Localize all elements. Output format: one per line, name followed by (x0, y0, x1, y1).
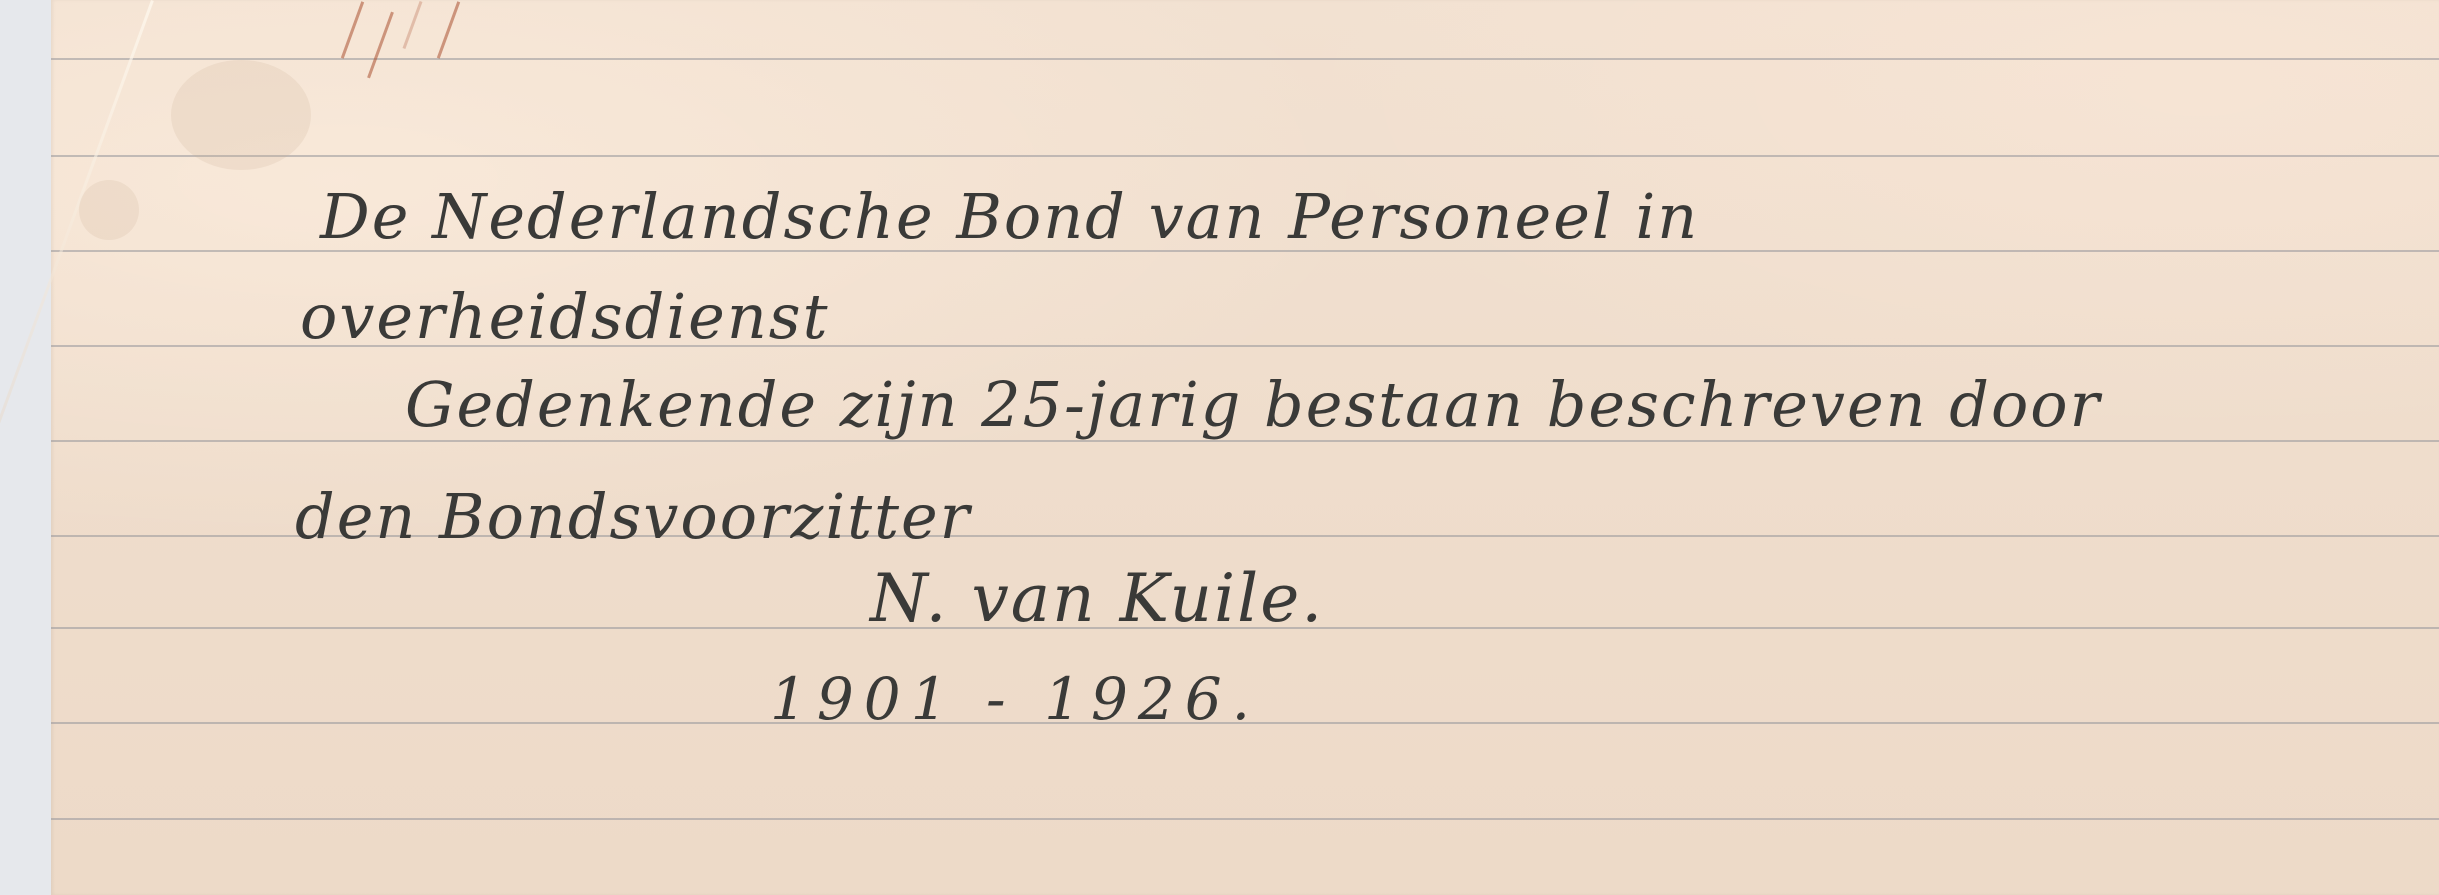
ruled-line (51, 818, 2439, 820)
handwritten-line-1: De Nederlandsche Bond van Personeel in (320, 180, 1699, 253)
rust-stain-mark (341, 1, 364, 58)
signature: N. van Kuile. (870, 560, 1324, 637)
water-stain (171, 60, 311, 170)
handwritten-line-2: overheidsdienst (300, 280, 830, 353)
handwritten-line-3: Gedenkende zijn 25-jarig bestaan beschre… (405, 368, 2101, 441)
handwritten-line-4: den Bondsvoorzitter (295, 480, 971, 553)
scanned-document: De Nederlandsche Bond van Personeel in o… (0, 0, 2439, 895)
rust-stain-mark (437, 1, 460, 58)
ruled-line (51, 155, 2439, 157)
rust-stain-mark (403, 1, 423, 49)
water-stain (79, 180, 139, 240)
date-range: 1901 - 1926. (770, 665, 1260, 733)
ruled-paper-sheet (51, 0, 2439, 895)
rust-stain-mark (367, 12, 394, 79)
ruled-line (51, 58, 2439, 60)
